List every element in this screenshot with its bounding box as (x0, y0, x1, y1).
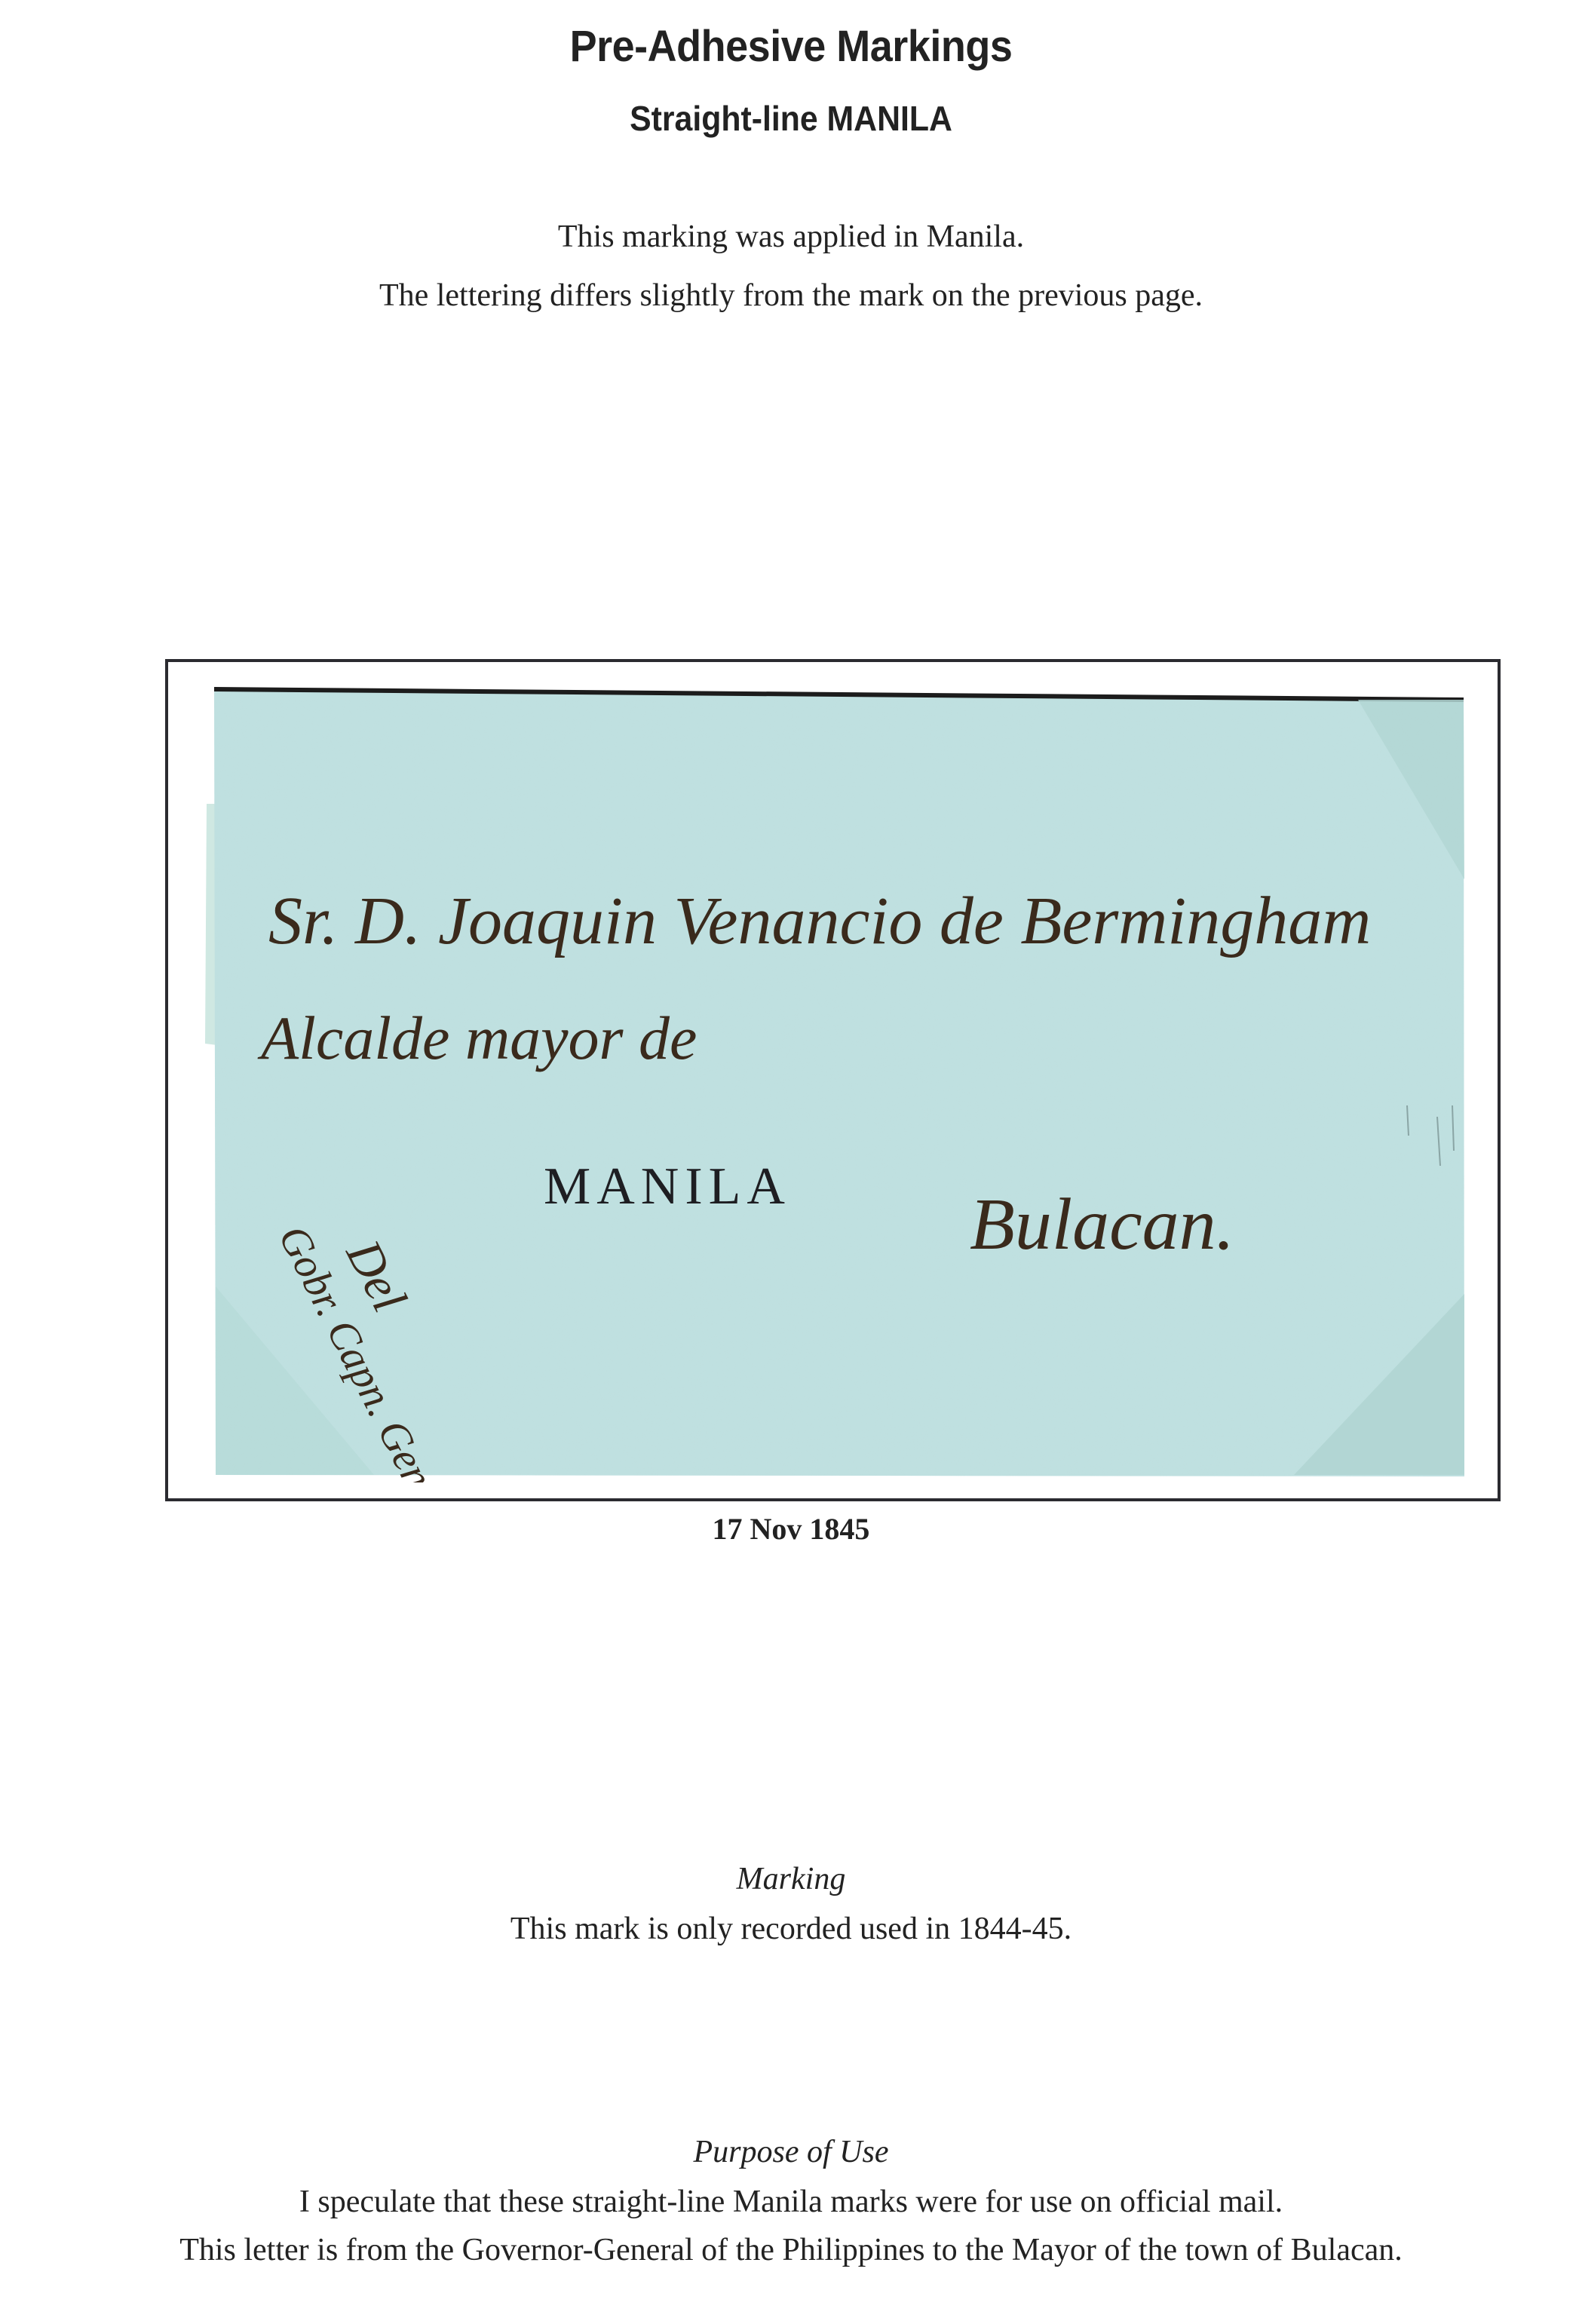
section-text-marking: This mark is only recorded used in 1844-… (0, 1911, 1582, 1947)
postal-cover-image: Sr. D. Joaquin Venancio de Bermingham Al… (201, 683, 1475, 1482)
section-heading-purpose: Purpose of Use (0, 2134, 1582, 2170)
address-line-3: Bulacan. (970, 1184, 1234, 1265)
address-line-1: Sr. D. Joaquin Venancio de Bermingham (268, 884, 1371, 958)
intro-line: This marking was applied in Manila. (0, 219, 1582, 255)
cover-date-caption: 17 Nov 1845 (0, 1511, 1582, 1547)
intro-line: The lettering differs slightly from the … (0, 277, 1582, 314)
address-line-2: Alcalde mayor de (257, 1004, 697, 1072)
manila-handstamp: MANILA (544, 1157, 791, 1216)
page-subtitle: Straight-line MANILA (55, 98, 1526, 139)
section-text-purpose: I speculate that these straight-line Man… (0, 2184, 1582, 2220)
section-text-purpose: This letter is from the Governor-General… (0, 2232, 1582, 2268)
section-heading-marking: Marking (0, 1861, 1582, 1897)
page-title: Pre-Adhesive Markings (55, 21, 1526, 72)
